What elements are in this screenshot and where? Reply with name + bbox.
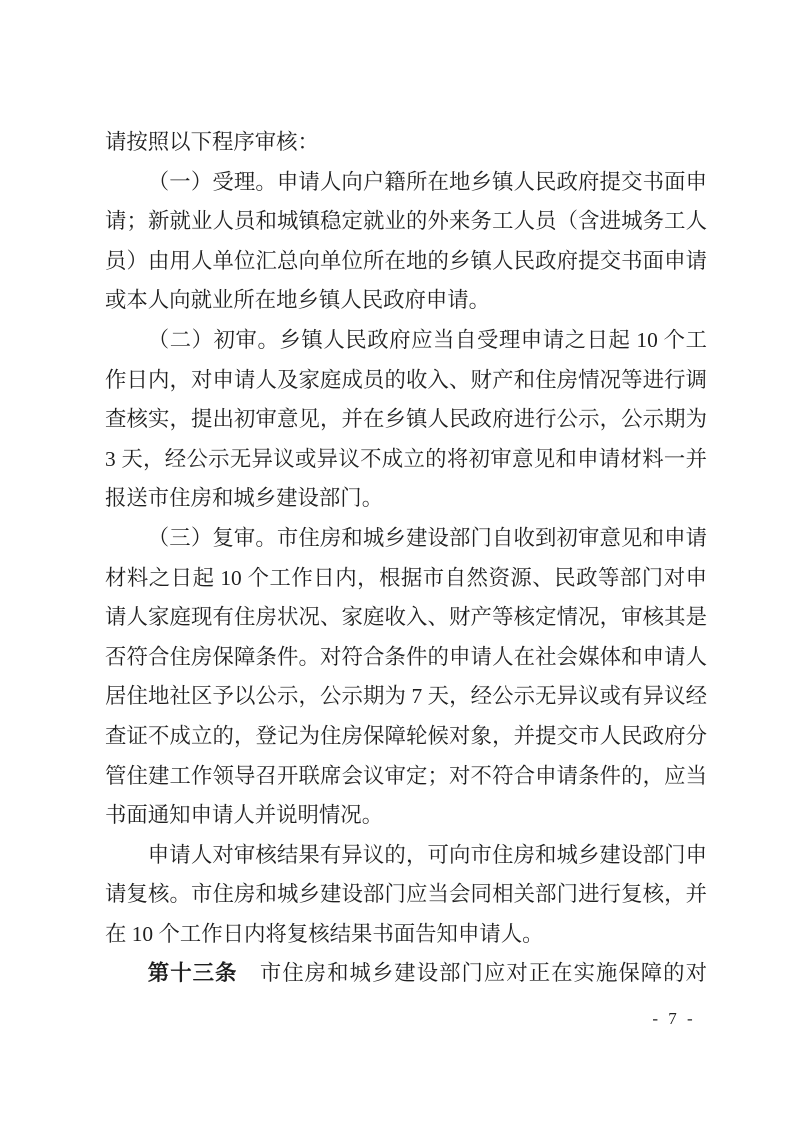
paragraph: （三）复审。市住房和城乡建设部门自收到初审意见和申请材料之日起 10 个工作日内… (105, 519, 707, 836)
paragraph-text: 请按照以下程序审核： (105, 130, 319, 154)
page-number: - 7 - (632, 1008, 716, 1030)
paragraph: （一）受理。申请人向户籍所在地乡镇人民政府提交书面申请；新就业人员和城镇稳定就业… (105, 163, 707, 321)
paragraph-text: （一）受理。申请人向户籍所在地乡镇人民政府提交书面申请；新就业人员和城镇稳定就业… (105, 170, 707, 313)
paragraph: （二）初审。乡镇人民政府应当自受理申请之日起 10 个工作日内，对申请人及家庭成… (105, 321, 707, 519)
article-number: 第十三条 (148, 961, 238, 985)
text-content: 请按照以下程序审核：（一）受理。申请人向户籍所在地乡镇人民政府提交书面申请；新就… (105, 123, 707, 994)
paragraph: 第十三条 市住房和城乡建设部门应对正在实施保障的对 (105, 954, 707, 994)
paragraph-text: （二）初审。乡镇人民政府应当自受理申请之日起 10 个工作日内，对申请人及家庭成… (105, 328, 707, 510)
paragraph: 请按照以下程序审核： (105, 123, 707, 163)
paragraph-text: （三）复审。市住房和城乡建设部门自收到初审意见和申请材料之日起 10 个工作日内… (105, 526, 707, 827)
paragraph-text: 申请人对审核结果有异议的，可向市住房和城乡建设部门申请复核。市住房和城乡建设部门… (105, 843, 707, 946)
paragraph: 申请人对审核结果有异议的，可向市住房和城乡建设部门申请复核。市住房和城乡建设部门… (105, 836, 707, 955)
document-page: 请按照以下程序审核：（一）受理。申请人向户籍所在地乡镇人民政府提交书面申请；新就… (0, 0, 793, 1122)
